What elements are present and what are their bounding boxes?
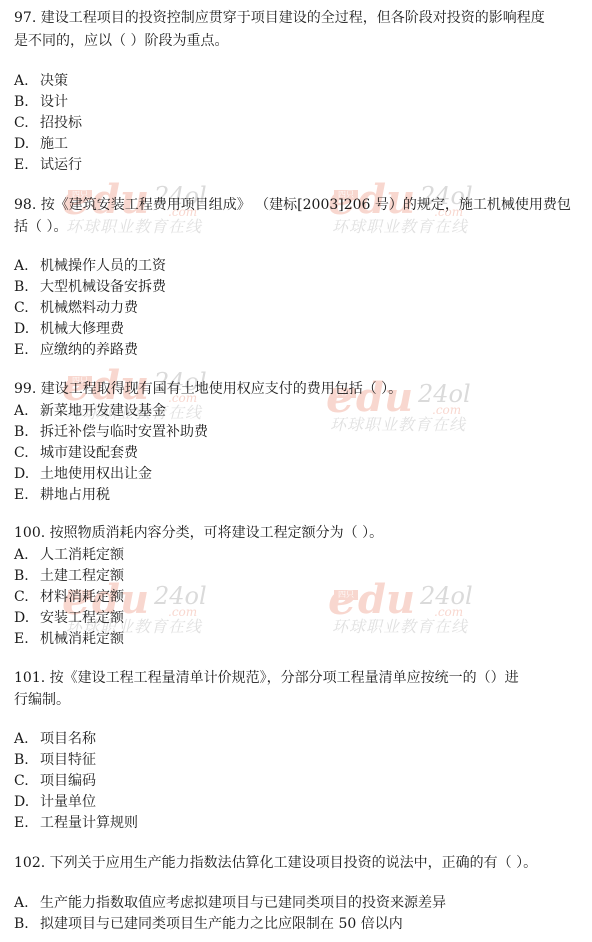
- watermark-logo-num: 24ol: [418, 382, 471, 406]
- option-a: A.机械操作人员的工资: [14, 257, 166, 275]
- option-letter: B.: [14, 423, 40, 441]
- option-letter: A.: [14, 546, 40, 564]
- option-text: 大型机械设备安拆费: [40, 279, 166, 295]
- option-letter: B.: [14, 278, 40, 296]
- question-stem-line: 99. 建设工程取得现有国有土地使用权应支付的费用包括（ ）。: [14, 380, 402, 398]
- watermark-logo-e: e: [328, 578, 356, 622]
- option-letter: E.: [14, 814, 40, 832]
- option-c: C.机械燃料动力费: [14, 299, 138, 317]
- option-letter: D.: [14, 320, 40, 338]
- question-stem-line: 102. 下列关于应用生产能力指数法估算化工建设项目投资的说法中，正确的有（ ）…: [14, 854, 537, 872]
- question-number: 98.: [14, 197, 36, 213]
- option-e: E.耕地占用税: [14, 486, 110, 504]
- watermark-logo-com: .com: [168, 606, 197, 618]
- option-text: 决策: [40, 73, 68, 89]
- option-text: 设计: [40, 94, 68, 110]
- option-b: B.项目特征: [14, 751, 96, 769]
- option-text: 机械大修理费: [40, 321, 124, 337]
- document-page: e 四只 du 24ol .com 环球职业教育在线 e 四只 du 24ol …: [0, 0, 592, 942]
- option-text: 计量单位: [40, 794, 96, 810]
- option-letter: D.: [14, 465, 40, 483]
- question-stem-line: 98. 按《建筑安装工程费用项目组成》 （建标[2003]206 号）的规定，施…: [14, 196, 571, 214]
- watermark-logo-num: 24ol: [420, 584, 473, 608]
- option-e: E.机械消耗定额: [14, 630, 124, 648]
- option-letter: D.: [14, 135, 40, 153]
- option-letter: B.: [14, 751, 40, 769]
- watermark-logo-com: .com: [434, 606, 463, 618]
- watermark-slogan: 环球职业教育在线: [332, 218, 468, 236]
- option-e: E.工程量计算规则: [14, 814, 138, 832]
- option-b: B.大型机械设备安拆费: [14, 278, 166, 296]
- option-letter: E.: [14, 630, 40, 648]
- option-c: C.城市建设配套费: [14, 444, 138, 462]
- option-d: D.计量单位: [14, 793, 96, 811]
- option-text: 应缴纳的养路费: [40, 342, 138, 358]
- question-number: 99.: [14, 381, 36, 397]
- option-letter: C.: [14, 588, 40, 606]
- question-stem-line: 括（ ）。: [14, 218, 67, 236]
- option-a: A.人工消耗定额: [14, 546, 124, 564]
- option-d: D.机械大修理费: [14, 320, 124, 338]
- question-stem-text: 建设工程项目的投资控制应贯穿于项目建设的全过程，但各阶段对投资的影响程度: [41, 10, 545, 26]
- watermark-slogan: 环球职业教育在线: [66, 218, 202, 236]
- option-text: 施工: [40, 136, 68, 152]
- option-d: D.土地使用权出让金: [14, 465, 152, 483]
- option-b: B.土建工程定额: [14, 567, 124, 585]
- option-letter: E.: [14, 156, 40, 174]
- option-b: B.拟建项目与已建同类项目生产能力之比应限制在 50 倍以内: [14, 915, 403, 933]
- option-letter: D.: [14, 793, 40, 811]
- option-letter: A.: [14, 894, 40, 912]
- option-text: 生产能力指数取值应考虑拟建项目与已建同类项目的投资来源差异: [40, 895, 446, 911]
- option-c: C.材料消耗定额: [14, 588, 124, 606]
- option-letter: E.: [14, 341, 40, 359]
- option-text: 材料消耗定额: [40, 589, 124, 605]
- option-text: 耕地占用税: [40, 487, 110, 503]
- option-text: 项目编码: [40, 773, 96, 789]
- watermark-logo-num: 24ol: [154, 584, 207, 608]
- question-number: 101.: [14, 670, 45, 686]
- option-text: 拟建项目与已建同类项目生产能力之比应限制在 50 倍以内: [40, 916, 403, 932]
- option-letter: A.: [14, 730, 40, 748]
- option-letter: A.: [14, 257, 40, 275]
- option-d: D.施工: [14, 135, 68, 153]
- question-stem-line: 97. 建设工程项目的投资控制应贯穿于项目建设的全过程，但各阶段对投资的影响程度: [14, 9, 545, 27]
- option-text: 试运行: [40, 157, 82, 173]
- watermark-badge: 四只: [334, 590, 358, 600]
- option-text: 拆迁补偿与临时安置补助费: [40, 424, 208, 440]
- option-letter: C.: [14, 444, 40, 462]
- option-letter: C.: [14, 772, 40, 790]
- question-stem-line: 是不同的，应以（ ）阶段为重点。: [14, 32, 228, 50]
- option-c: C.招投标: [14, 114, 82, 132]
- option-text: 机械消耗定额: [40, 631, 124, 647]
- option-letter: B.: [14, 567, 40, 585]
- question-stem-text: 按《建筑安装工程费用项目组成》 （建标[2003]206 号）的规定，施工机械使…: [41, 197, 571, 213]
- option-e: E.试运行: [14, 156, 82, 174]
- option-a: A.项目名称: [14, 730, 96, 748]
- option-letter: A.: [14, 402, 40, 420]
- option-letter: D.: [14, 609, 40, 627]
- watermark-slogan: 环球职业教育在线: [330, 416, 466, 434]
- option-b: B.拆迁补偿与临时安置补助费: [14, 423, 208, 441]
- option-text: 项目名称: [40, 731, 96, 747]
- option-text: 工程量计算规则: [40, 815, 138, 831]
- option-text: 项目特征: [40, 752, 96, 768]
- question-stem-line: 行编制。: [14, 691, 70, 709]
- option-text: 人工消耗定额: [40, 547, 124, 563]
- option-text: 城市建设配套费: [40, 445, 138, 461]
- option-a: A.生产能力指数取值应考虑拟建项目与已建同类项目的投资来源差异: [14, 894, 446, 912]
- question-number: 100.: [14, 525, 45, 541]
- watermark-logo-com: .com: [432, 404, 461, 416]
- question-stem-text: 建设工程取得现有国有土地使用权应支付的费用包括（ ）。: [41, 381, 402, 397]
- option-text: 机械操作人员的工资: [40, 258, 166, 274]
- option-letter: A.: [14, 72, 40, 90]
- watermark-logo-du: du: [358, 580, 415, 620]
- question-stem-line: 100. 按照物质消耗内容分类，可将建设工程定额分为（ ）。: [14, 524, 383, 542]
- option-b: B.设计: [14, 93, 68, 111]
- option-text: 安装工程定额: [40, 610, 124, 626]
- option-d: D.安装工程定额: [14, 609, 124, 627]
- watermark-slogan: 环球职业教育在线: [332, 618, 468, 636]
- option-letter: C.: [14, 299, 40, 317]
- option-text: 土建工程定额: [40, 568, 124, 584]
- option-letter: C.: [14, 114, 40, 132]
- option-c: C.项目编码: [14, 772, 96, 790]
- option-text: 机械燃料动力费: [40, 300, 138, 316]
- option-letter: B.: [14, 93, 40, 111]
- question-stem-line: 101. 按《建设工程工程量清单计价规范》，分部分项工程量清单应按统一的（）进: [14, 669, 519, 687]
- option-text: 招投标: [40, 115, 82, 131]
- option-a: A.决策: [14, 72, 68, 90]
- question-number: 102.: [14, 855, 45, 871]
- question-stem-text: 按《建设工程工程量清单计价规范》，分部分项工程量清单应按统一的（）进: [50, 670, 519, 686]
- option-letter: B.: [14, 915, 40, 933]
- question-stem-text: 下列关于应用生产能力指数法估算化工建设项目投资的说法中，正确的有（ ）。: [50, 855, 537, 871]
- option-a: A.新菜地开发建设基金: [14, 402, 166, 420]
- option-text: 土地使用权出让金: [40, 466, 152, 482]
- question-stem-text: 按照物质消耗内容分类，可将建设工程定额分为（ ）。: [50, 525, 383, 541]
- option-e: E.应缴纳的养路费: [14, 341, 138, 359]
- option-letter: E.: [14, 486, 40, 504]
- question-number: 97.: [14, 10, 36, 26]
- option-text: 新菜地开发建设基金: [40, 403, 166, 419]
- watermark: e 四只 du 24ol .com 环球职业教育在线: [328, 578, 488, 642]
